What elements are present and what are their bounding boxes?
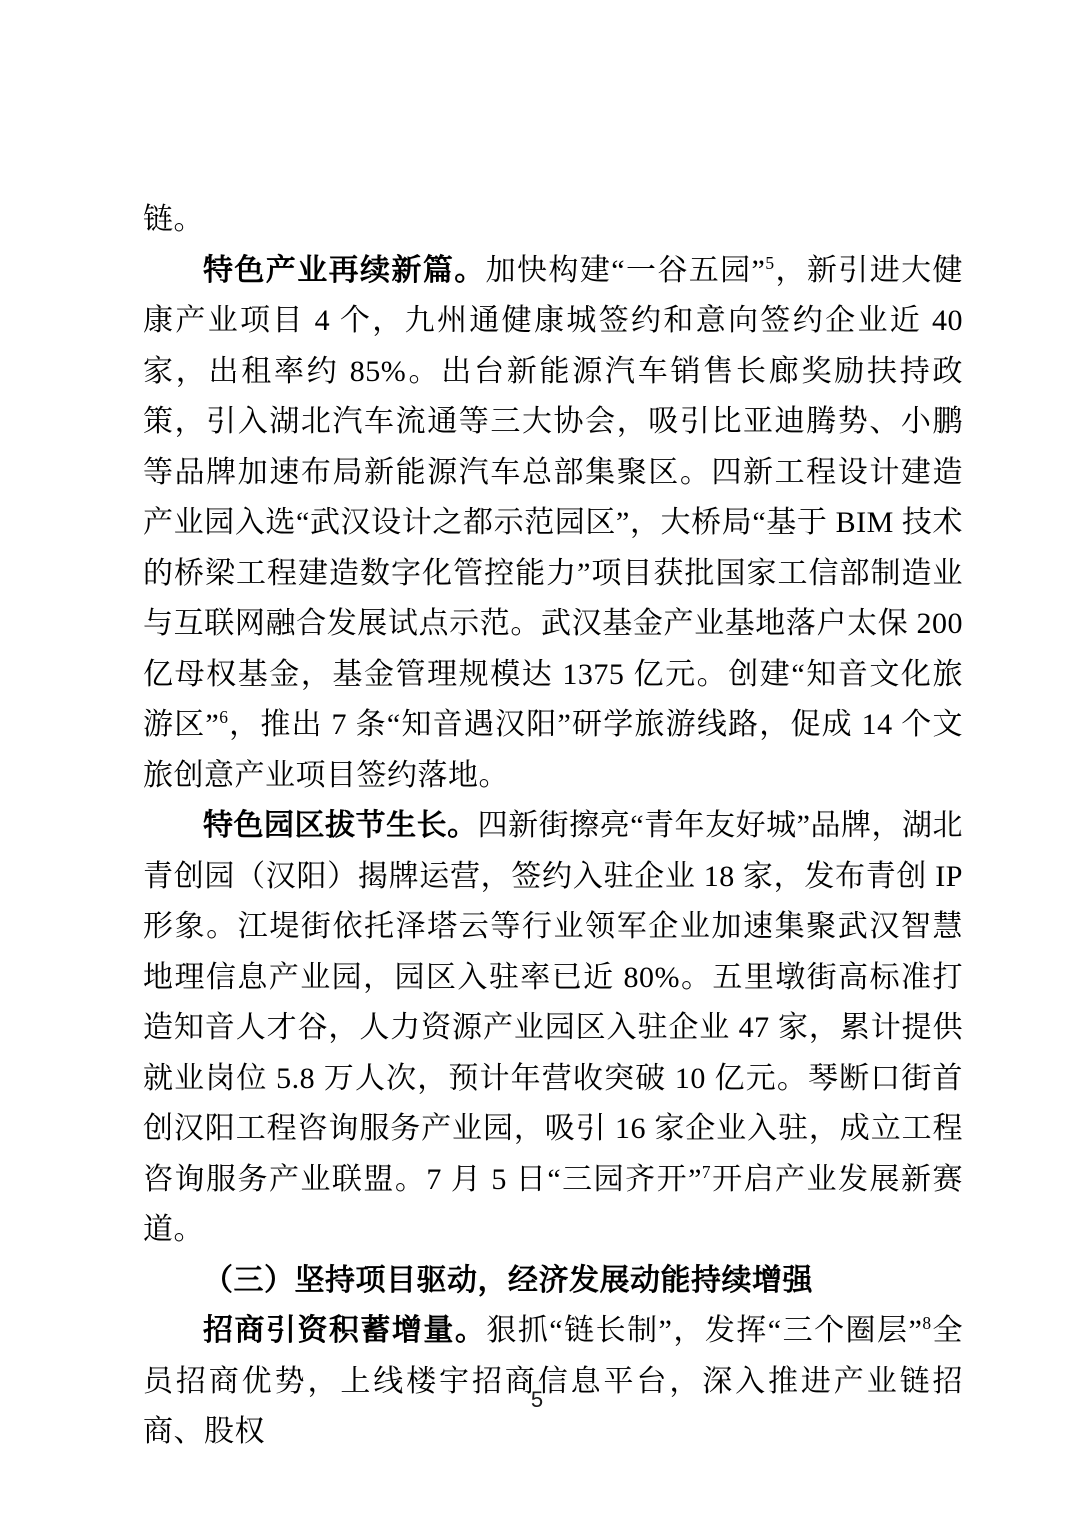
paragraph-text: 四新街擦亮“青年友好城”品牌，湖北青创园（汉阳）揭牌运营，签约入驻企业 18 家… bbox=[143, 809, 963, 1196]
paragraph-featured-industries: 特色产业再续新篇。加快构建“一谷五园”5，新引进大健康产业项目 4 个，九州通健… bbox=[143, 246, 963, 802]
paragraph-text: 狠抓“链长制”，发挥“三个圈层” bbox=[486, 1314, 922, 1347]
paragraph-investment: 招商引资积蓄增量。狠抓“链长制”，发挥“三个圈层”8全员招商优势，上线楼宇招商信… bbox=[143, 1306, 963, 1458]
footnote-ref-8: 8 bbox=[922, 1313, 931, 1333]
lead-sentence: 特色产业再续新篇。 bbox=[203, 254, 486, 287]
paragraph-text: ，推出 7 条“知音遇汉阳”研学旅游线路，促成 14 个文旅创意产业项目签约落地… bbox=[143, 708, 963, 792]
lead-sentence: 特色园区拔节生长。 bbox=[203, 809, 478, 842]
section-heading-3: （三）坚持项目驱动，经济发展动能持续增强 bbox=[143, 1256, 963, 1307]
footnote-ref-5: 5 bbox=[765, 253, 774, 273]
paragraph-text: 链。 bbox=[143, 203, 204, 236]
lead-sentence: 招商引资积蓄增量。 bbox=[203, 1314, 486, 1347]
paragraph-text: 加快构建“一谷五园” bbox=[486, 254, 766, 287]
footnote-ref-7: 7 bbox=[702, 1162, 711, 1182]
paragraph-continuation: 链。 bbox=[143, 195, 963, 246]
paragraph-featured-parks: 特色园区拔节生长。四新街擦亮“青年友好城”品牌，湖北青创园（汉阳）揭牌运营，签约… bbox=[143, 801, 963, 1256]
text-content: 链。 特色产业再续新篇。加快构建“一谷五园”5，新引进大健康产业项目 4 个，九… bbox=[143, 195, 963, 1458]
section-heading-text: （三）坚持项目驱动，经济发展动能持续增强 bbox=[203, 1264, 813, 1297]
page-number: 5 bbox=[0, 1387, 1074, 1413]
paragraph-text: ，新引进大健康产业项目 4 个，九州通健康城签约和意向签约企业近 40 家，出租… bbox=[143, 254, 963, 742]
document-page: 链。 特色产业再续新篇。加快构建“一谷五园”5，新引进大健康产业项目 4 个，九… bbox=[0, 0, 1074, 1520]
